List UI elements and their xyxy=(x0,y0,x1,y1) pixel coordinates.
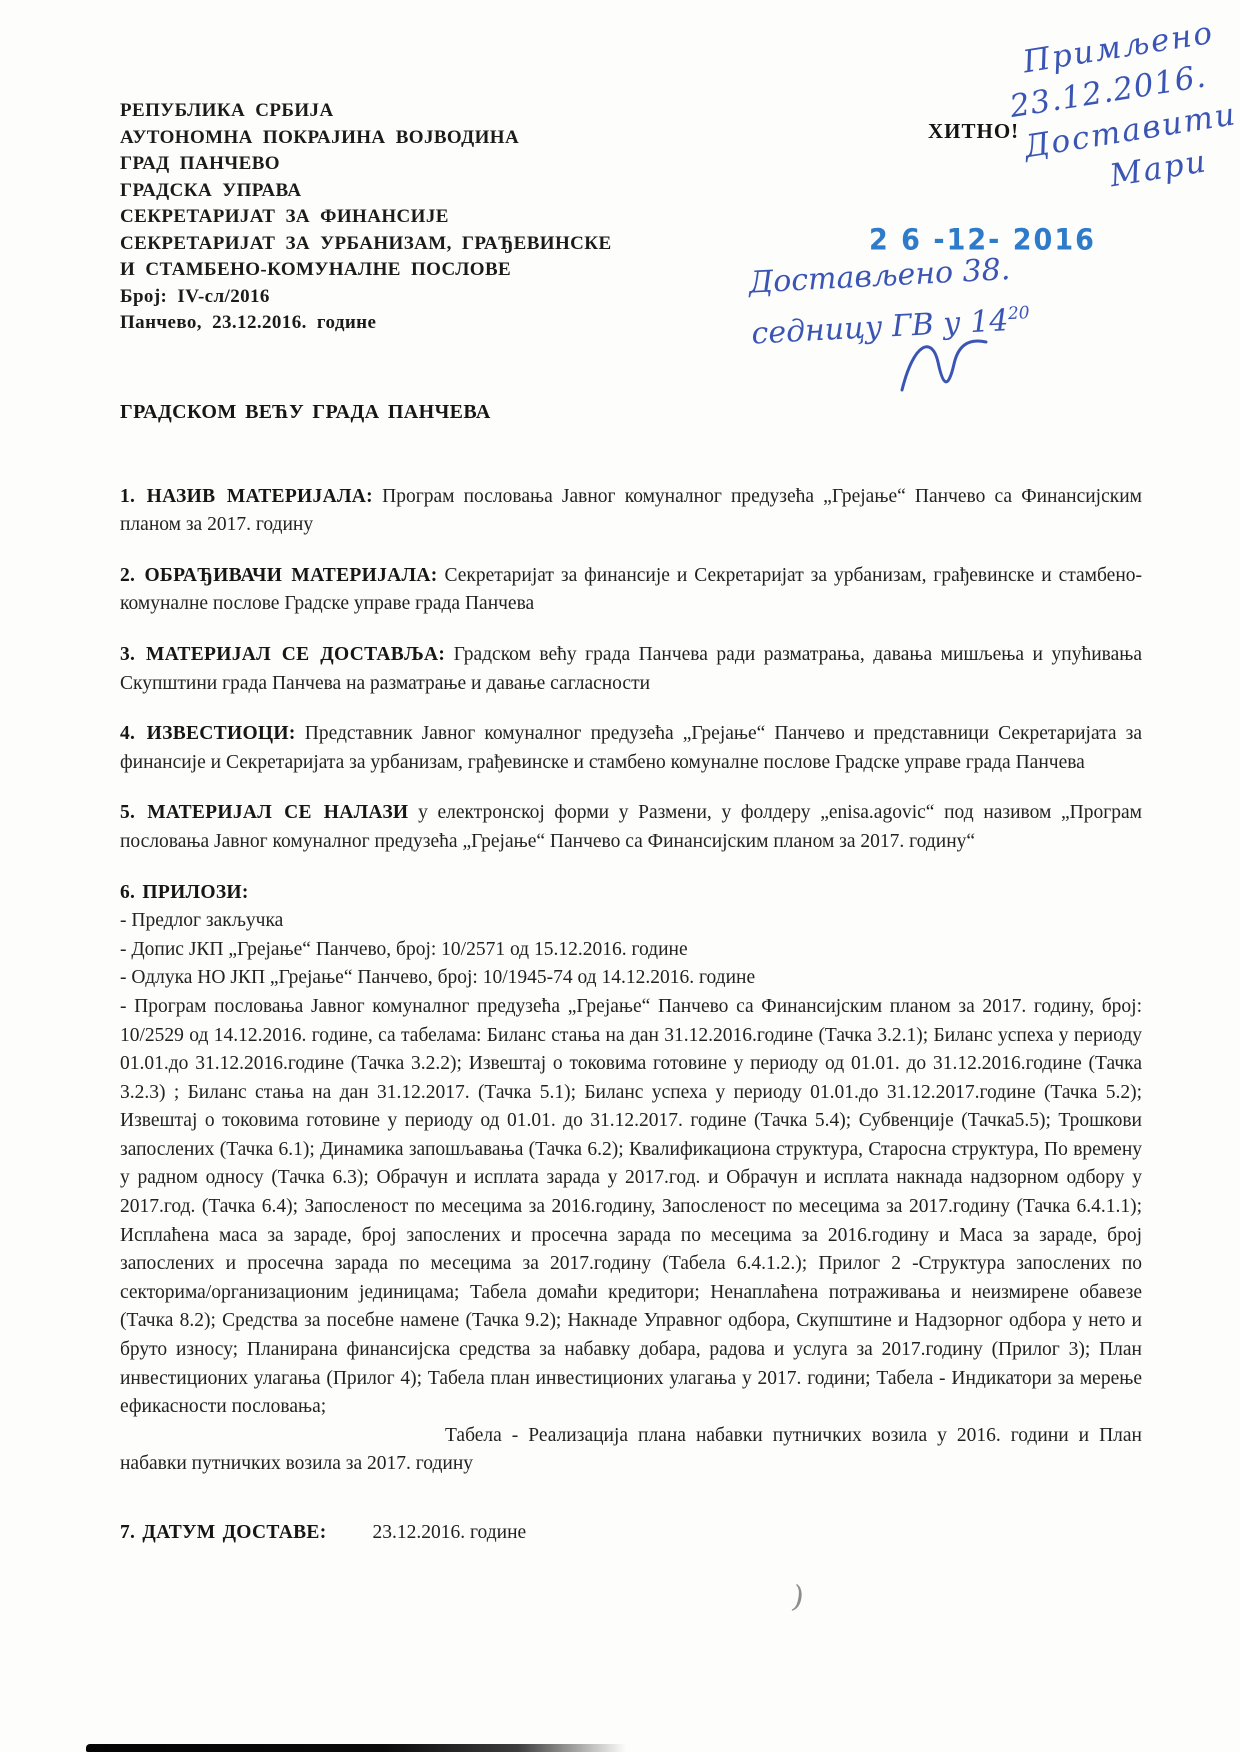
section-4-heading: 4. ИЗВЕСТИОЦИ: xyxy=(120,723,296,744)
letterhead-line-administration: ГРАДСКА УПРАВА xyxy=(120,178,612,205)
attachments-heading-text: 6. ПРИЛОЗИ: xyxy=(120,882,249,903)
section-prilozi: 6. ПРИЛОЗИ: - Предлог закључка - Допис Ј… xyxy=(120,879,1142,1479)
section-izvestioci: 4. ИЗВЕСТИОЦИ: Представник Јавног комуна… xyxy=(120,720,1142,777)
scan-smudge xyxy=(86,1744,626,1752)
addressee-title: ГРАДСКОМ ВЕЋУ ГРАДА ПАНЧЕВА xyxy=(120,398,1142,427)
delivery-note-time-minutes: 20 xyxy=(1007,303,1030,324)
attachment-item: - Допис ЈКП „Грејање“ Панчево, број: 10/… xyxy=(120,936,1142,965)
document-body: ГРАДСКОМ ВЕЋУ ГРАДА ПАНЧЕВА 1. НАЗИВ МАТ… xyxy=(120,398,1142,1548)
attachment-item: - Одлука НО ЈКП „Грејање“ Панчево, број:… xyxy=(120,964,1142,993)
section-datum-dostave: 7. ДАТУМ ДОСТАВЕ:23.12.2016. године xyxy=(120,1519,1142,1548)
section-materijal-se-dostavlja: 3. МАТЕРИЈАЛ СЕ ДОСТАВЉА: Градском већу … xyxy=(120,641,1142,698)
section-3-heading: 3. МАТЕРИЈАЛ СЕ ДОСТАВЉА: xyxy=(120,644,445,665)
letterhead-line-secretariat-urbanism: СЕКРЕТАРИЈАТ ЗА УРБАНИЗАМ, ГРАЂЕВИНСКЕ xyxy=(120,231,612,258)
letterhead-line-place-date: Панчево, 23.12.2016. године xyxy=(120,310,612,337)
section-materijal-se-nalazi: 5. МАТЕРИЈАЛ СЕ НАЛАЗИ у електронској фо… xyxy=(120,799,1142,856)
section-1-heading: 1. НАЗИВ МАТЕРИЈАЛА: xyxy=(120,486,373,507)
attachment-item: - Предлог закључка xyxy=(120,907,1142,936)
attachment-continuation: Табела - Реализација плана набавки путни… xyxy=(120,1422,1142,1479)
letterhead-line-secretariat-urbanism-2: И СТАМБЕНО-КОМУНАЛНЕ ПОСЛОВЕ xyxy=(120,257,612,284)
letterhead-line-city: ГРАД ПАНЧЕВО xyxy=(120,151,612,178)
letterhead: РЕПУБЛИКА СРБИЈА АУТОНОМНА ПОКРАЈИНА ВОЈ… xyxy=(120,98,612,337)
pen-mark: ) xyxy=(789,1579,807,1616)
section-5-heading: 5. МАТЕРИЈАЛ СЕ НАЛАЗИ xyxy=(120,802,408,823)
section-obradjivaci-materijala: 2. ОБРАЂИВАЧИ МАТЕРИЈАЛА: Секретаријат з… xyxy=(120,562,1142,619)
attachments-heading: 6. ПРИЛОЗИ: xyxy=(120,879,1142,908)
delivery-date-heading: 7. ДАТУМ ДОСТАВЕ: xyxy=(120,1522,327,1543)
handwritten-received-note: Примљено 23.12.2016. Доставити Мари xyxy=(990,7,1240,212)
attachment-item-program: - Програм пословања Јавног комуналног пр… xyxy=(120,993,1142,1422)
delivery-date-value: 23.12.2016. године xyxy=(373,1522,527,1543)
scanned-document-page: РЕПУБЛИКА СРБИЈА АУТОНОМНА ПОКРАЈИНА ВОЈ… xyxy=(0,0,1240,1752)
signature-flourish-icon xyxy=(898,328,990,398)
letterhead-line-republic: РЕПУБЛИКА СРБИЈА xyxy=(120,98,612,125)
section-naziv-materijala: 1. НАЗИВ МАТЕРИЈАЛА: Програм пословања Ј… xyxy=(120,483,1142,540)
letterhead-line-number: Број: IV-сл/2016 xyxy=(120,284,612,311)
letterhead-line-secretariat-finance: СЕКРЕТАРИЈАТ ЗА ФИНАНСИЈЕ xyxy=(120,204,612,231)
letterhead-line-province: АУТОНОМНА ПОКРАЈИНА ВОЈВОДИНА xyxy=(120,125,612,152)
section-2-heading: 2. ОБРАЂИВАЧИ МАТЕРИЈАЛА: xyxy=(120,565,438,586)
